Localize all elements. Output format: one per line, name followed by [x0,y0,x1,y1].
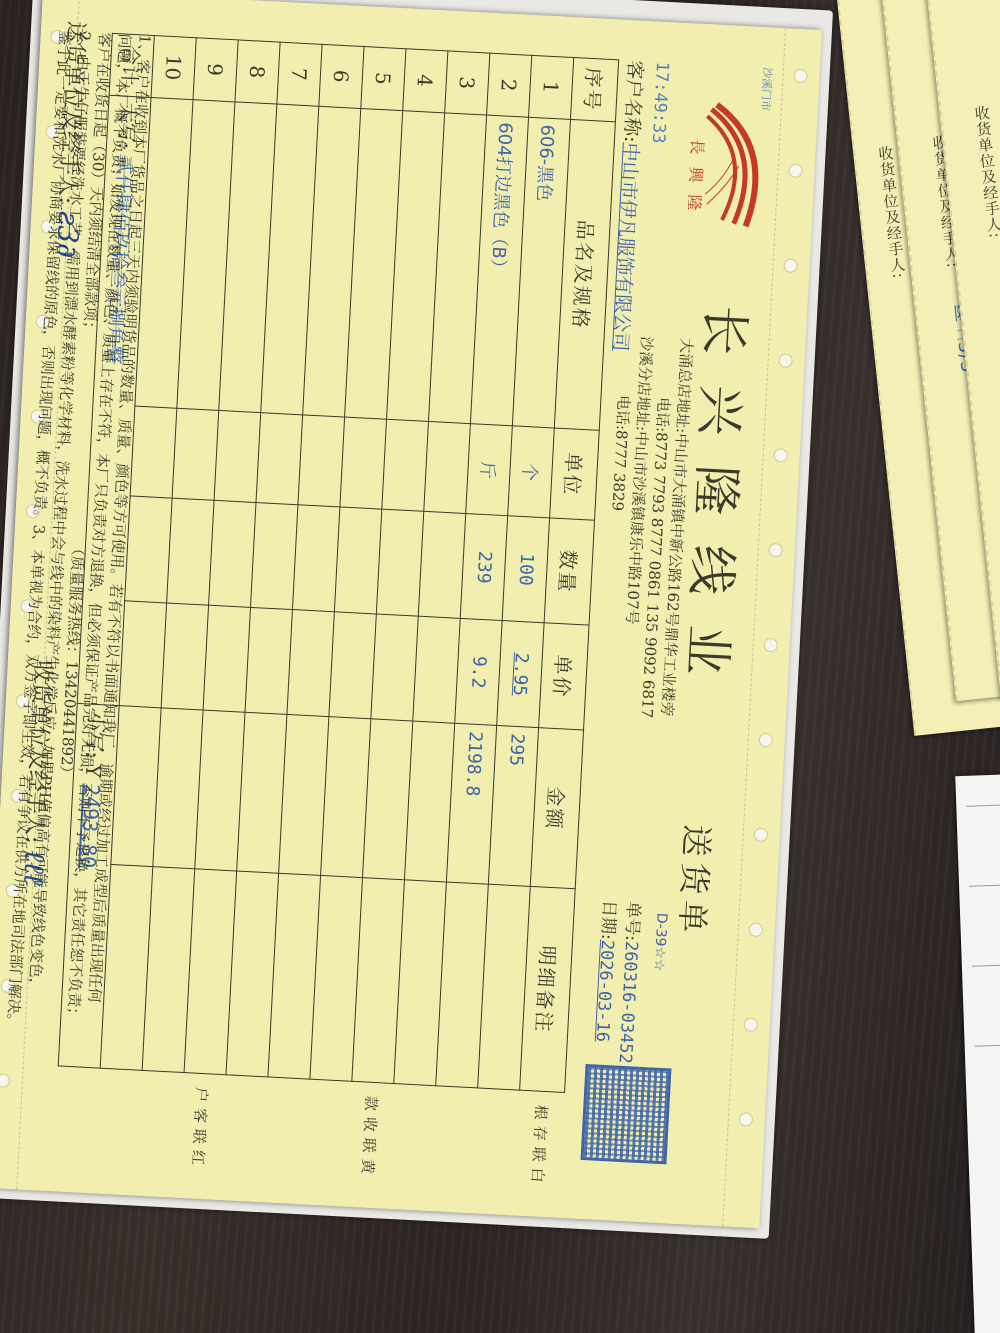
document-type: 送货单 [670,823,722,939]
code-mark: D-39☆☆ [651,912,670,972]
sender-signature: ƨ3∂ [50,210,85,258]
copy-label-yellow: 黄联收款 [358,1092,379,1177]
delivery-note: 長興隆 沙溪门市 长兴隆线业 送货单 大涌总店地址:中山市大涌镇中新公路162号… [0,0,822,1228]
copy-label-red: 红联客户 [189,1084,210,1169]
side-receiver-label-3: 收货单位及经手人: [971,104,1000,240]
logo-name: 長興隆 [683,138,710,223]
company-logo: 長興隆 [675,93,772,238]
document-content: 長興隆 沙溪门市 长兴隆线业 送货单 大涌总店地址:中山市大涌镇中新公路162号… [18,21,785,1196]
qr-code [581,1064,672,1164]
header-qty: 数量 [544,518,594,625]
header-price: 单价 [539,623,589,731]
delivery-note-sheet: 長興隆 沙溪门市 长兴隆线业 送货单 大涌总店地址:中山市大涌镇中新公路162号… [0,0,822,1228]
receiver-signature: ℓℓℓ [17,850,52,887]
header-unit: 单位 [550,428,600,520]
header-amount: 金额 [530,728,583,889]
copy-label-white: 白联存根 [528,1101,549,1186]
logo-small-text: 沙溪门市 [758,67,776,112]
copy-labels: 白联存根 黄联收款 红联客户 [558,1098,560,1138]
header-no: 序号 [570,58,618,122]
print-time: 17:49:33 [648,61,672,144]
